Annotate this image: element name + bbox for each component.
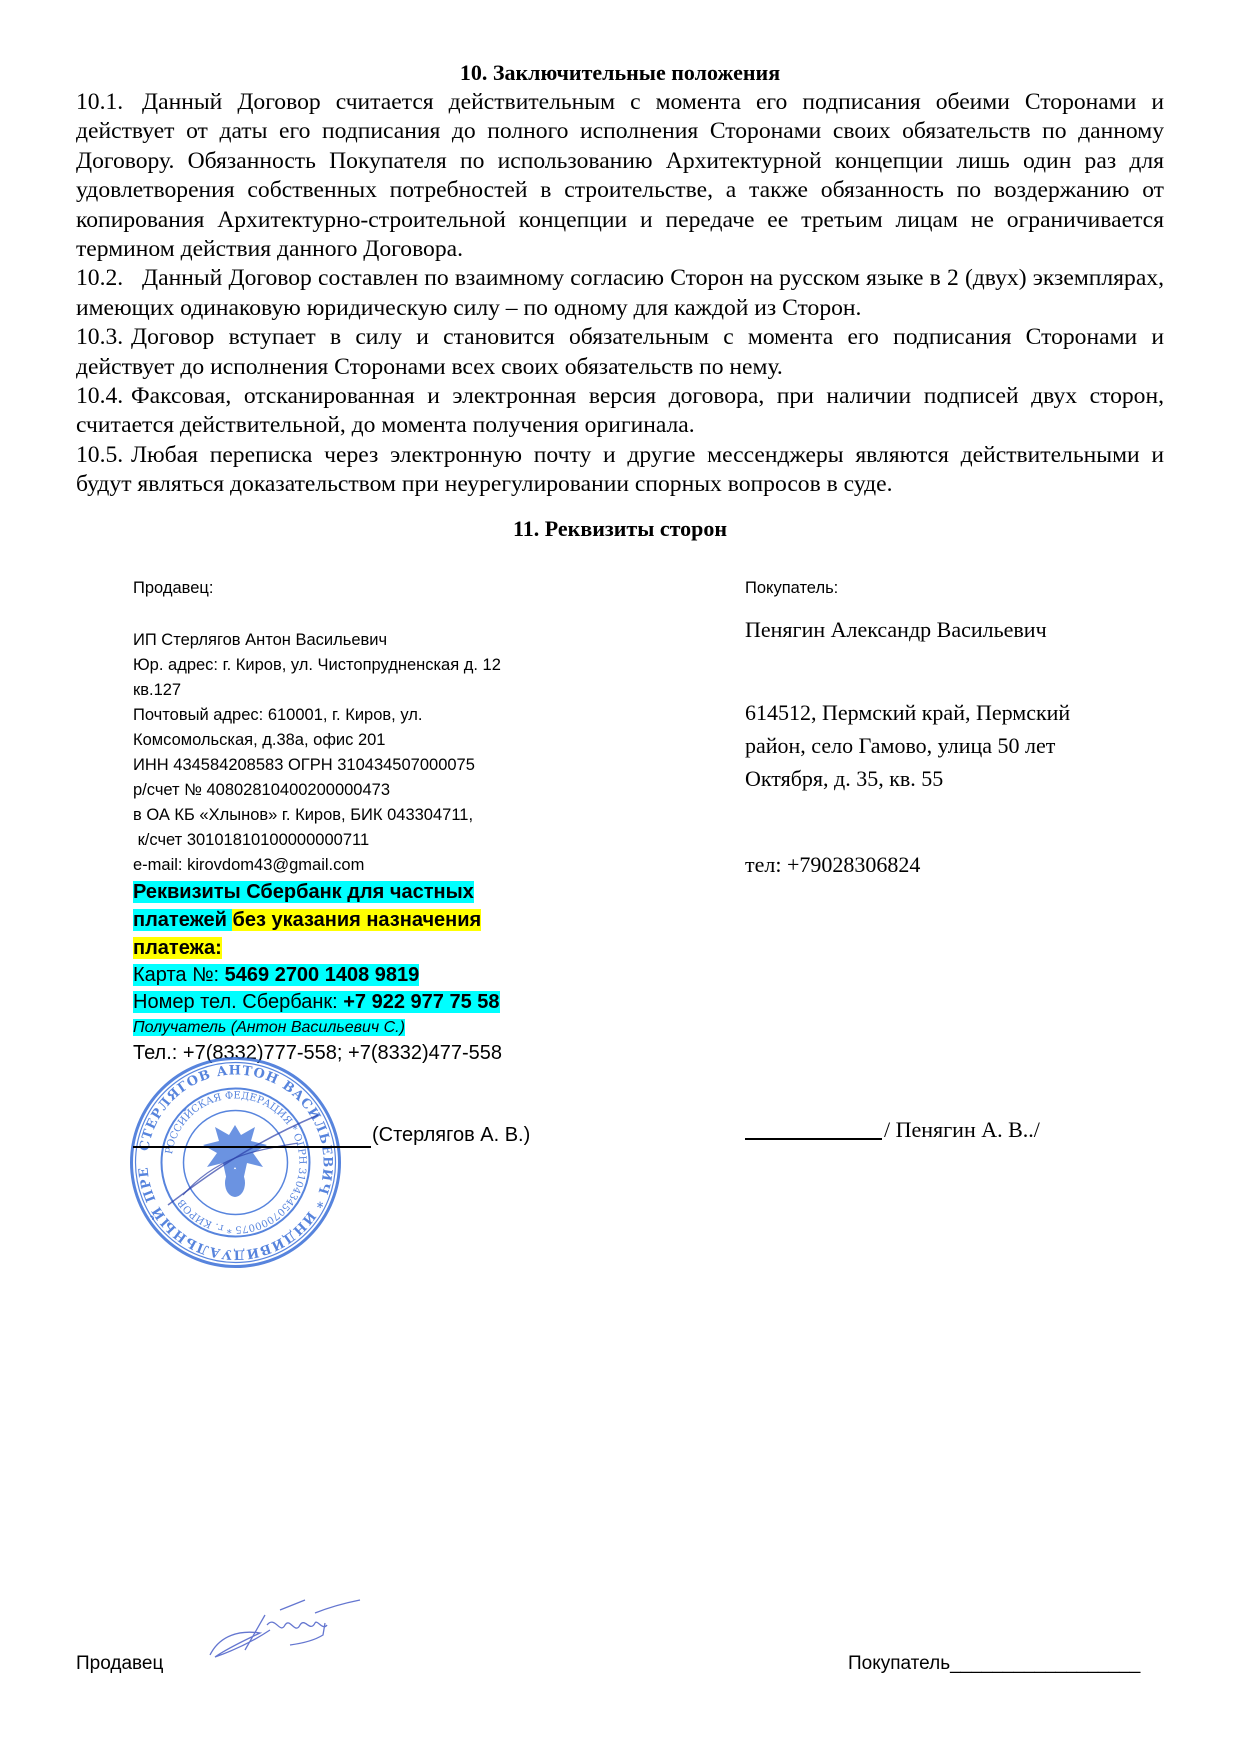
footer-buyer-signature: Покупатель__________________ [848, 1653, 1140, 1675]
seller-bank: в ОА КБ «Хлынов» г. Киров, БИК 043304711… [133, 803, 603, 828]
buyer-signature-line [745, 1138, 882, 1140]
section-10-body: 10.1.Данный Договор считается действител… [76, 88, 1164, 500]
seller-legal-address-apt: кв.127 [133, 678, 603, 703]
paragraph-number: 10.5. [76, 441, 131, 470]
section-10-title: 10. Заключительные положения [0, 60, 1240, 86]
paragraph-text: Данный Договор считается действительным … [76, 89, 1164, 262]
seller-details: Продавец: ИП Стерлягов Антон Васильевич … [133, 578, 603, 1066]
paragraph-text: Договор вступает в силу и становится обя… [76, 324, 1164, 379]
bank-heading-part4: платежа: [133, 937, 222, 959]
buyer-address-line-2: район, село Гамово, улица 50 лет [745, 729, 1185, 762]
bank-heading-part1: Реквизиты Сбербанк для частных [133, 881, 474, 903]
buyer-label: Покупатель: [745, 578, 1185, 598]
seller-name: ИП Стерлягов Антон Васильевич [133, 628, 603, 653]
seller-inn-ogrn: ИНН 434584208583 ОГРН 310434507000075 [133, 753, 603, 778]
sberbank-details: Реквизиты Сбербанк для частных платежей … [133, 878, 603, 1040]
seller-legal-address: Юр. адрес: г. Киров, ул. Чистопрудненска… [133, 653, 603, 678]
paragraph-number: 10.2. [76, 264, 142, 293]
paragraph-10-1: 10.1.Данный Договор считается действител… [76, 88, 1164, 264]
document-page: 10. Заключительные положения 10.1.Данный… [0, 0, 1240, 1754]
bank-heading-part2: платежей [133, 909, 227, 931]
paragraph-10-2: 10.2.Данный Договор составлен по взаимно… [76, 264, 1164, 323]
paragraph-number: 10.1. [76, 88, 142, 117]
seller-email: e-mail: kirovdom43@gmail.com [133, 853, 603, 878]
paragraph-10-5: 10.5.Любая переписка через электронную п… [76, 441, 1164, 500]
footer-seller-label: Продавец [76, 1653, 163, 1675]
paragraph-text: Данный Договор составлен по взаимному со… [76, 265, 1164, 320]
seller-signature-line [133, 1146, 371, 1148]
buyer-name: Пенягин Александр Васильевич [745, 616, 1185, 644]
buyer-details: Покупатель: Пенягин Александр Васильевич… [745, 578, 1185, 879]
card-number: 5469 2700 1408 9819 [225, 964, 420, 986]
paragraph-number: 10.4. [76, 382, 131, 411]
seller-signature-name: (Стерлягов А. В.) [372, 1124, 530, 1147]
paragraph-10-3: 10.3.Договор вступает в силу и становитс… [76, 323, 1164, 382]
seller-postal-address: Почтовый адрес: 610001, г. Киров, ул. [133, 703, 603, 728]
sber-phone-number: +7 922 977 75 58 [343, 991, 499, 1013]
seller-postal-address-cont: Комсомольская, д.38а, офис 201 [133, 728, 603, 753]
seller-label: Продавец: [133, 578, 603, 598]
buyer-signature-name: / Пенягин А. В../ [884, 1117, 1040, 1143]
bank-heading-part3: без указания назначения [232, 909, 481, 931]
paragraph-number: 10.3. [76, 323, 131, 352]
section-11-title: 11. Реквизиты сторон [0, 516, 1240, 542]
buyer-address-line-3: Октября, д. 35, кв. 55 [745, 762, 1185, 795]
buyer-address-line-1: 614512, Пермский край, Пермский [745, 696, 1185, 729]
card-label: Карта №: [133, 964, 225, 986]
seller-corr-account: к/счет 30101810100000000711 [133, 828, 603, 853]
paragraph-text: Любая переписка через электронную почту … [76, 442, 1164, 497]
recipient: Получатель (Антон Васильевич С.) [133, 1019, 405, 1036]
seller-handwritten-signature-icon [205, 1595, 365, 1670]
sber-phone-label: Номер тел. Сбербанк: [133, 991, 343, 1013]
paragraph-10-4: 10.4.Факсовая, отсканированная и электро… [76, 382, 1164, 441]
seller-account: р/счет № 40802810400200000473 [133, 778, 603, 803]
company-stamp-icon: СТЕРЛЯГОВ АНТОН ВАСИЛЬЕВИЧ * ИНДИВИДУАЛЬ… [128, 1055, 343, 1270]
buyer-phone: тел: +79028306824 [745, 851, 1185, 879]
paragraph-text: Факсовая, отсканированная и электронная … [76, 383, 1164, 438]
